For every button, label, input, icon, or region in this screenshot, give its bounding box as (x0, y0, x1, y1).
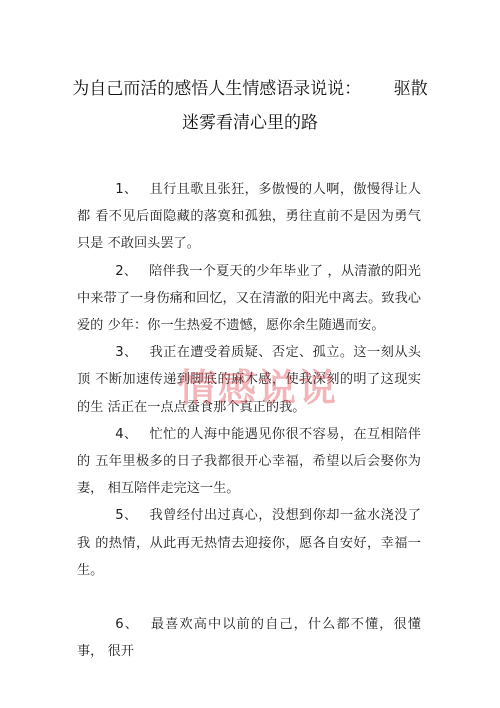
list-item: 5、我曾经付出过真心，没想到你却一盆水浇没了我 的热情，从此再无热情去迎接你，愿… (77, 502, 421, 584)
list-item: 6、最喜欢高中以前的自己，什么都不懂，很懂事， 很开 (77, 611, 421, 665)
item-number: 6、 (115, 617, 139, 632)
item-number: 3、 (115, 345, 137, 360)
item-number: 1、 (115, 182, 137, 197)
list-item: 3、我正在遭受着质疑、否定、孤立。这一刻从头顶 不断加速传递到脚底的麻木感，使我… (77, 339, 421, 421)
title-line-1: 为自己而活的感悟人生情感语录说说： 驱散 (60, 72, 440, 106)
list-item: 1、且行且歌且张狂，多傲慢的人啊，傲慢得让人都 看不见后面隐藏的落寞和孤独，勇往… (77, 176, 421, 258)
item-number: 2、 (115, 264, 137, 279)
item-number: 4、 (115, 427, 137, 442)
document-title: 为自己而活的感悟人生情感语录说说： 驱散 迷雾看清心里的路 (60, 72, 440, 140)
list-item: 4、忙忙的人海中能遇见你很不容易，在互相陪伴的 五年里极多的日子我都很开心幸福，… (77, 421, 421, 503)
title-line-2: 迷雾看清心里的路 (60, 106, 440, 140)
document-body: 1、且行且歌且张狂，多傲慢的人啊，傲慢得让人都 看不见后面隐藏的落寞和孤独，勇往… (77, 176, 421, 665)
item-number: 5、 (115, 508, 137, 523)
list-item: 2、陪伴我一个夏天的少年毕业了 ，从清澈的阳光中来带了一身伤痛和回忆，又在清澈的… (77, 258, 421, 340)
